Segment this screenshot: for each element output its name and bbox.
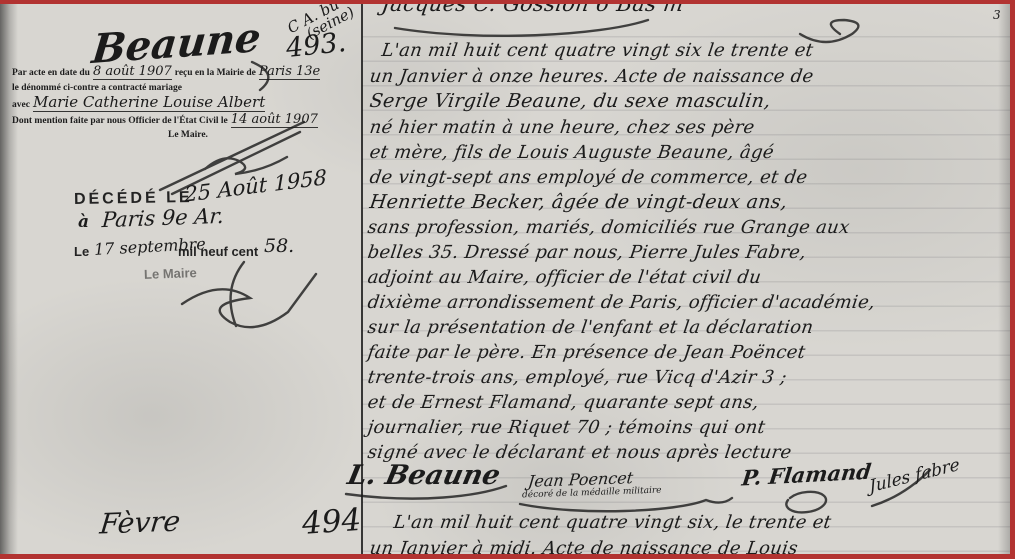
mayor-signature-bottom [182, 274, 316, 327]
act-493-line-6: de vingt-sept ans employé de commerce, e… [368, 165, 809, 190]
act-493-line-8: sans profession, mariés, domiciliés rue … [366, 215, 851, 240]
death-mil-stamp: mil neuf cent [178, 244, 258, 259]
act-493-line-3: Serge Virgile Beaune, du sexe masculin, [368, 89, 772, 114]
act-493-line-4: né hier matin à une heure, chez ses père [368, 115, 756, 140]
act-494-margin-name: Fèvre [98, 505, 182, 541]
printed-text: Dont mention faite par nous Officier de … [12, 116, 228, 126]
marriage-place: Paris 13e [259, 64, 320, 80]
printed-text: avec [12, 100, 30, 110]
act-493-line-1: L'an mil huit cent quatre vingt six le t… [380, 38, 815, 63]
act-493-line-12: sur la présentation de l'enfant et la dé… [366, 315, 815, 340]
mayor-label-stamp: Le Maire [144, 265, 197, 282]
printed-text: le dénommé ci-contre a contracté mariage [12, 83, 182, 93]
act-493-line-7: Henriette Becker, âgée de vingt-deux ans… [368, 190, 789, 215]
marriage-mention-line1: Par acte en date du 8 août 1907 reçu en … [12, 66, 357, 79]
death-date: 25 Août 1958 [184, 165, 327, 207]
mayor-signature-bottom-stroke [231, 262, 244, 326]
act-494-number: 494 [301, 502, 363, 542]
page-edge-shadow [998, 4, 1010, 554]
edge-pen-mark: 3 [993, 8, 1001, 22]
printed-text: Par acte en date du [12, 68, 90, 78]
act-493-line-15: et de Ernest Flamand, quarante sept ans, [366, 390, 761, 415]
act-493-line-14: trente-trois ans, employé, rue Vicq d'Az… [366, 365, 788, 390]
death-le-stamp: Le [74, 244, 89, 259]
marriage-date-1: 8 août 1907 [93, 64, 172, 80]
mayor-label-top: Le Maire. [168, 130, 208, 140]
previous-act-signatures: Jacques C. Gossion 6 Bas m [380, 0, 685, 17]
mention-date: 14 août 1907 [231, 112, 318, 128]
signature-declarant: L. Beaune [345, 460, 503, 491]
act-493-line-16: journalier, rue Riquet 70 ; témoins qui … [366, 415, 767, 440]
act-493-line-5: et mère, fils de Louis Auguste Beaune, â… [368, 140, 776, 165]
marriage-mention-line3: avec Marie Catherine Louise Albert [12, 96, 357, 111]
death-at: à [78, 212, 89, 232]
death-place: Paris 9e Ar. [101, 204, 225, 232]
act-494-line-2: un Janvier à midi. Acte de naissance de … [368, 536, 800, 559]
death-year: 58. [264, 235, 294, 257]
act-494-line-1: L'an mil huit cent quatre vingt six, le … [392, 510, 833, 535]
act-493-line-9: belles 35. Dressé par nous, Pierre Jules… [366, 240, 808, 265]
printed-text: reçu en la Mairie de [175, 68, 256, 78]
act-493-line-10: adjoint au Maire, officier de l'état civ… [366, 265, 763, 290]
act-493-number: 493. [285, 27, 348, 64]
act-493-line-11: dixième arrondissement de Paris, officie… [366, 290, 877, 315]
spouse-name: Marie Catherine Louise Albert [33, 93, 265, 112]
act-493-line-13: faite par le père. En présence de Jean P… [366, 340, 807, 365]
act-493-line-2: un Janvier à onze heures. Acte de naissa… [368, 64, 815, 89]
document-scan: Beaune C A. bu (seine) 493. Par acte en … [0, 0, 1015, 559]
marriage-mention-line4: Dont mention faite par nous Officier de … [12, 114, 357, 127]
